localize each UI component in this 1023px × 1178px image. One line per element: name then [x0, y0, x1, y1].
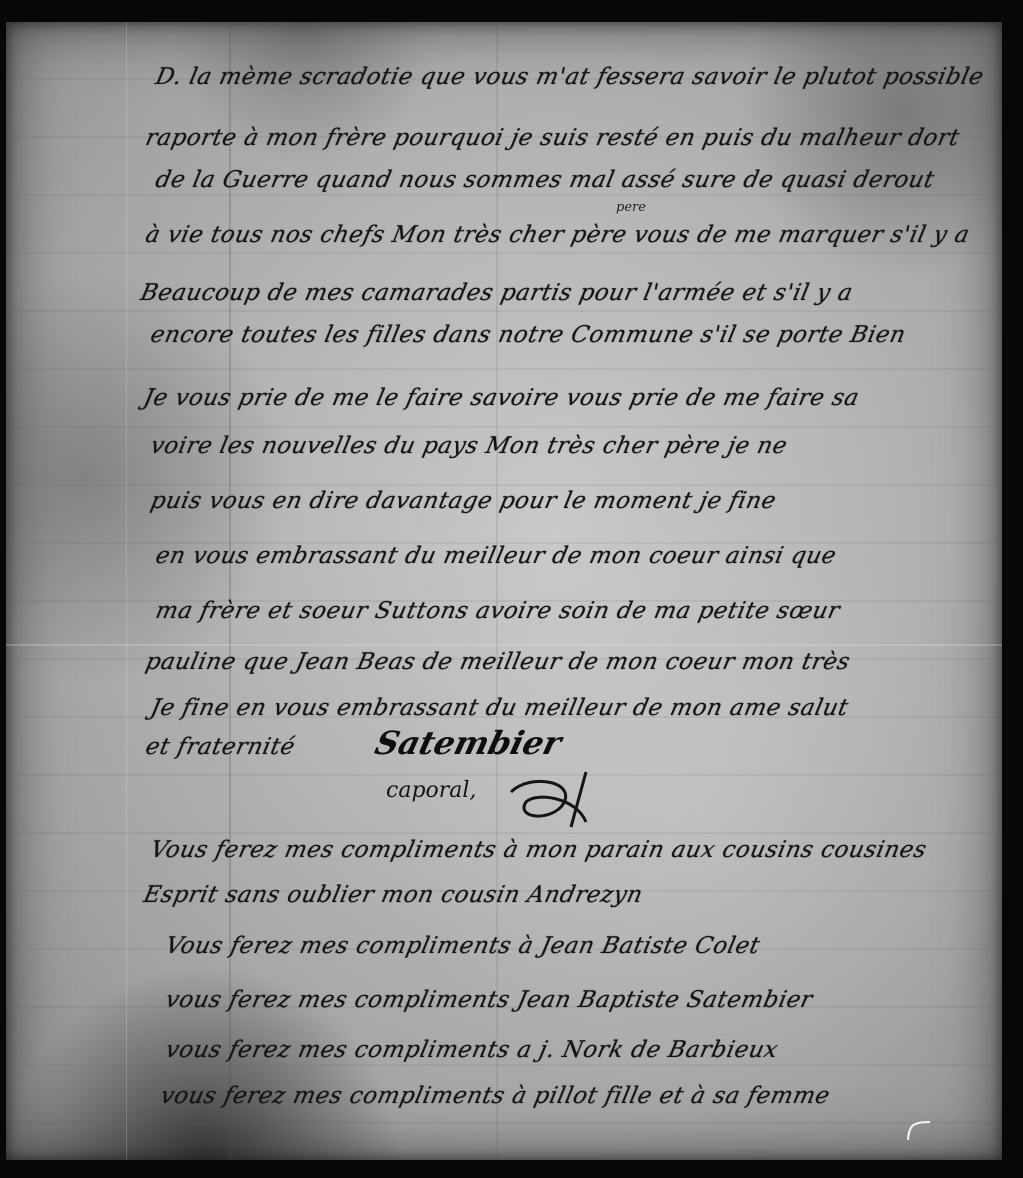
letter-line-10: en vous embrassant du meilleur de mon co…	[153, 543, 839, 569]
letter-line-5: Beaucoup de mes camarades partis pour l'…	[138, 280, 855, 306]
letter-line-3: de la Guerre quand nous sommes mal assé …	[153, 167, 937, 193]
signature-flourish-icon	[491, 752, 611, 842]
letter-line-13: Je fine en vous embrassant du meilleur d…	[148, 695, 851, 721]
letter-line-8: voire les nouvelles du pays Mon très che…	[148, 433, 789, 459]
letter-line-4: à vie tous nos chefs Mon très cher père …	[143, 222, 972, 248]
letter-body: D. la mème scradotie que vous m'at fesse…	[6, 22, 1002, 1160]
postscript-line-1: Vous ferez mes compliments à mon parain …	[148, 837, 929, 863]
postscript-line-2: Esprit sans oublier mon cousin Andrezyn	[141, 882, 645, 908]
letter-line-12: pauline que Jean Beas de meilleur de mon…	[143, 649, 852, 675]
letter-line-7: Je vous prie de me le faire savoire vous…	[141, 385, 861, 411]
signature-rank: caporal,	[386, 778, 476, 803]
letter-line-2: raporte à mon frère pourquoi je suis res…	[143, 125, 962, 151]
paper-scratch-mark	[904, 1114, 934, 1144]
letter-line-6: encore toutes les filles dans notre Comm…	[148, 322, 908, 348]
postscript-line-6: vous ferez mes compliments à pillot fill…	[158, 1083, 832, 1109]
letter-line-1: D. la mème scradotie que vous m'at fesse…	[153, 64, 986, 90]
postscript-line-3: Vous ferez mes compliments à Jean Batist…	[163, 933, 762, 959]
letter-line-11: ma frère et soeur Suttons avoire soin de…	[153, 598, 842, 624]
postscript-line-4: vous ferez mes compliments Jean Baptiste…	[163, 987, 815, 1013]
scan-border: D. la mème scradotie que vous m'at fesse…	[0, 0, 1023, 1178]
interlinear-insertion: pere	[616, 200, 646, 215]
letter-paper: D. la mème scradotie que vous m'at fesse…	[6, 22, 1002, 1160]
letter-line-9: puis vous en dire davantage pour le mome…	[148, 488, 778, 514]
letter-line-14: et fraternité	[143, 734, 297, 760]
postscript-line-5: vous ferez mes compliments a j. Nork de …	[163, 1037, 780, 1063]
